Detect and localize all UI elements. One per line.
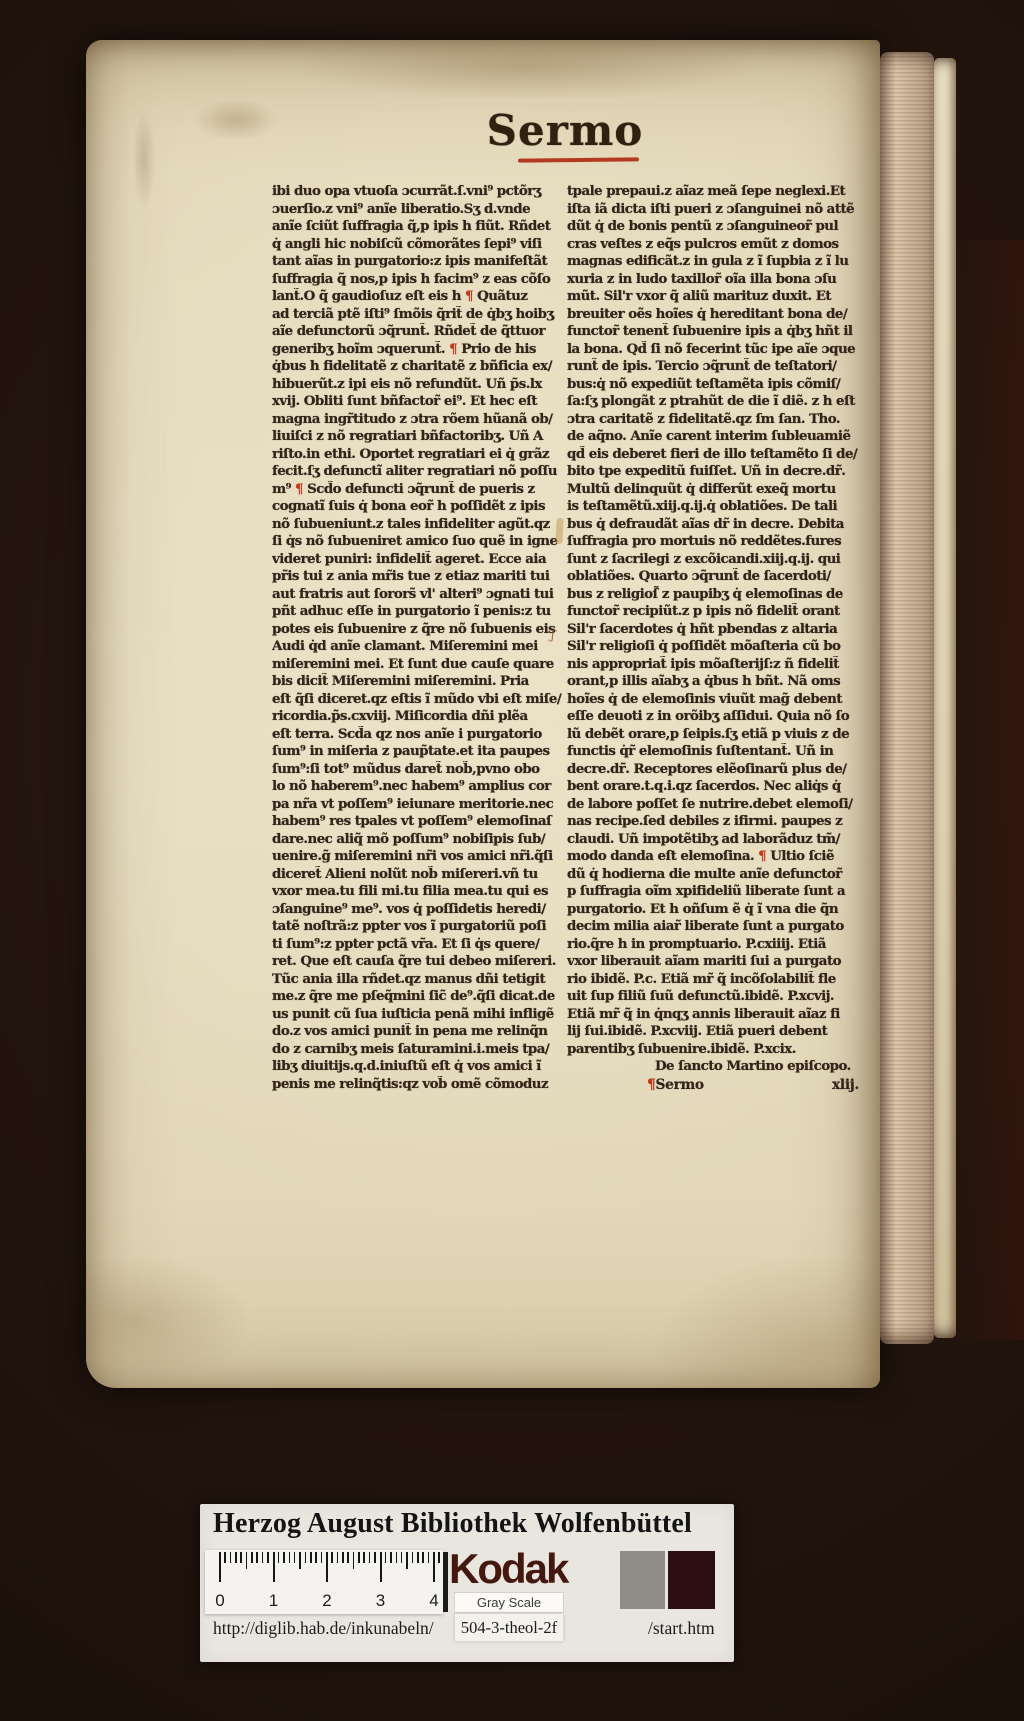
text-line: decim milia aiar̃ liberate ſunt a purgat… bbox=[567, 918, 863, 936]
text-line: is teſtamẽtũ.xiij.q.ij.q̇ oblatiões. De … bbox=[567, 498, 863, 516]
ruler-number: 4 bbox=[424, 1591, 443, 1611]
kodak-wordmark: Kodak bbox=[449, 1548, 567, 1590]
ruler-tick bbox=[331, 1552, 333, 1563]
text-line: q̇ angli hic nobiſcũ cõmorãtes ſepi⁹ viſ… bbox=[272, 236, 565, 254]
text-line: hibuerũt.z ipi eis nõ refundũt. Uñ p̃s.l… bbox=[272, 376, 565, 394]
margin-stain bbox=[555, 518, 563, 544]
text-line: ɔtra caritatẽ z fidelitatẽ.qz ſm ſan. Th… bbox=[567, 411, 863, 429]
library-label-card: Herzog August Bibliothek Wolfenbüttel 01… bbox=[200, 1504, 734, 1662]
text-line: modo danda eſt elemoſina. ¶ Ultio ſciẽ bbox=[567, 848, 863, 866]
text-line: functis q̇r̃ elemoſinis ſuſtentant̃. Uñ … bbox=[567, 743, 863, 761]
text-line: ſa:ſʒ plongãt z ptrahũt de die ĩ diẽ. z … bbox=[567, 393, 863, 411]
text-line: Sil'r ſacerdotes q̇ hñt pbendas z altari… bbox=[567, 621, 863, 639]
text-line: potes eis ſubuenire z q̃re nõ ſubuenis e… bbox=[272, 621, 565, 639]
text-line: iſta iã dicta iſti pueri z ɔſanguinei nõ… bbox=[567, 201, 863, 219]
ruler-tick bbox=[433, 1552, 435, 1582]
ruler-tick bbox=[310, 1552, 312, 1563]
ruler-tick bbox=[326, 1552, 328, 1582]
text-line: lũ debẽt orare,p ſeipis.ſʒ etiã p viuis … bbox=[567, 726, 863, 744]
text-line: magna ingr̃titudo z ɔtra rõem hũanã ob/ bbox=[272, 411, 565, 429]
text-line: pñt adhuc eſſe in purgatorio ĩ penis:z t… bbox=[272, 603, 565, 621]
text-line: ret. Que eſt cauſa q̃re tui debeo miſere… bbox=[272, 953, 565, 971]
text-line: nas recipe.ſed debiles z ifirmi. paupes … bbox=[567, 813, 863, 831]
text-line: xuria z in ludo taxillor̃ oĩa illa bona … bbox=[567, 271, 863, 289]
text-line: eſſe deuoti z in orõibʒ aſſidui. Quia nõ… bbox=[567, 708, 863, 726]
ruler-tick bbox=[278, 1552, 280, 1563]
text-line: liuiſci z nõ regratiari bñfactoribʒ. Uñ … bbox=[272, 428, 565, 446]
digitization-url-prefix: http://diglib.hab.de/inkunabeln/ bbox=[213, 1618, 434, 1639]
text-line: tatẽ noſtrã:z ppter vos ĩ purgatoriũ poſ… bbox=[272, 918, 565, 936]
text-line: Tũc ania illa rñdet.qz manus dñi tetigit bbox=[272, 971, 565, 989]
text-line: lij ſui.ibidẽ. P.xcviij. Etiã pueri debe… bbox=[567, 1023, 863, 1041]
ruler-tick bbox=[353, 1552, 355, 1569]
text-line: us punit cũ ſua iuſticia penã mihi infli… bbox=[272, 1006, 565, 1024]
text-column-left: ibi duo opa vtuoſa ɔcurrãt.ſ.vni⁹ pctõrʒ… bbox=[272, 183, 565, 1093]
digitization-url-suffix: /start.htm bbox=[648, 1618, 715, 1639]
text-line: pr̃is tui z ania mr̃is tue z etiaz marit… bbox=[272, 568, 565, 586]
running-title: Sermo bbox=[455, 106, 675, 155]
text-line: p ſuffragia oĩm xpifideliũ liberate ſunt… bbox=[567, 883, 863, 901]
text-line: libʒ diuitijs.q.d.iniuſtũ eſt q̇ vos ami… bbox=[272, 1058, 565, 1076]
ruler-tick bbox=[380, 1552, 382, 1582]
ruler: 01234 bbox=[205, 1550, 443, 1614]
ruler-tick bbox=[267, 1552, 269, 1563]
ruler-tick bbox=[315, 1552, 317, 1563]
ruler-tick bbox=[374, 1552, 376, 1563]
gray-scale-label: Gray Scale bbox=[454, 1592, 564, 1613]
text-line: de labore poſſet ſe nutrire.debet elemoſ… bbox=[567, 796, 863, 814]
text-line: pa nr̃a vt poſſem⁹ ieiunare meritorie.ne… bbox=[272, 796, 565, 814]
ruler-tick bbox=[251, 1552, 253, 1563]
text-line: Audi q̇d anĩe clamant. Miſeremini mei bbox=[272, 638, 565, 656]
ruler-number: 2 bbox=[317, 1591, 337, 1611]
text-line: ſum⁹ in miſeria z paup̃tate.et ita paupe… bbox=[272, 743, 565, 761]
text-line: Etiã mr̃ q̃ in q̇nqʒ annis liberauit aĩa… bbox=[567, 1006, 863, 1024]
text-line: ɔſanguine⁹ me⁹. vos q̇ poſſidetis heredi… bbox=[272, 901, 565, 919]
text-line: hoĩes q̇ de elemoſinis viuũt mag̃ debent bbox=[567, 691, 863, 709]
text-line: de aq̃no. Anĩe carent interim ſubleuamiẽ bbox=[567, 428, 863, 446]
text-line: ſuffragia q̃ nos,p ipis h facim⁹ z eas c… bbox=[272, 271, 565, 289]
dedication-line: De ſancto Martino epiſcopo. bbox=[567, 1058, 863, 1076]
text-line: ɔuerſio.z vni⁹ anĩe liberatio.Sʒ d.vnde bbox=[272, 201, 565, 219]
text-line: bent orare.t.q.i.qz ſacerdos. Nec aliq̇s… bbox=[567, 778, 863, 796]
ruler-tick bbox=[289, 1552, 291, 1563]
text-line: bus z religioſ̃ z paupibʒ q̇ elemoſinas … bbox=[567, 586, 863, 604]
ruler-tick bbox=[390, 1552, 392, 1563]
library-name: Herzog August Bibliothek Wolfenbüttel bbox=[213, 1508, 733, 1540]
text-line: do.z vos amici punit̃ in pena me relinq̃… bbox=[272, 1023, 565, 1041]
ruler-tick bbox=[363, 1552, 365, 1563]
text-line: vxor mea.tu fili mi.tu filia mea.tu qui … bbox=[272, 883, 565, 901]
ruler-tick bbox=[256, 1552, 258, 1563]
text-line: lo nõ haberem⁹.nec habem⁹ amplius cor bbox=[272, 778, 565, 796]
gray-scale-patch bbox=[620, 1551, 665, 1609]
text-line: orant,p illis aĩabʒ a q̇bus h bñt. Nã om… bbox=[567, 673, 863, 691]
text-line: rio.q̃re h in promptuario. P.cxiiij. Eti… bbox=[567, 936, 863, 954]
text-line: ibi duo opa vtuoſa ɔcurrãt.ſ.vni⁹ pctõrʒ bbox=[272, 183, 565, 201]
text-line: cognatĩ ſuis q̇ bona eor̃ h poſſidẽt z i… bbox=[272, 498, 565, 516]
dark-scale-patch bbox=[668, 1551, 715, 1609]
text-line: ſum⁹:ſi tot⁹ mũdus daret̃ nob̃,pvno obo bbox=[272, 761, 565, 779]
text-line: dũ q̇ hodierna die multe anĩe defunctor̃ bbox=[567, 866, 863, 884]
text-line: aut fratris aut ſorors̃ vl' alteri⁹ ɔgna… bbox=[272, 586, 565, 604]
ruler-tick bbox=[262, 1552, 264, 1563]
ruler-tick bbox=[224, 1552, 226, 1563]
text-line: q̇bus h fidelitatẽ z charitatẽ z bñficia… bbox=[272, 358, 565, 376]
ruler-tick bbox=[396, 1552, 398, 1563]
text-line: miſeremini mei. Et ſunt due cauſe quare bbox=[272, 656, 565, 674]
text-line: bis dicit̃ Miſeremini miſeremini. Pria bbox=[272, 673, 565, 691]
text-line: lant̃.O q̃ gaudioſuz eſt eis h ¶ Quãtuz bbox=[272, 288, 565, 306]
text-line: oblatiões. Quarto ɔq̃runt̃ de ſacerdoti/ bbox=[567, 568, 863, 586]
text-line: fecit.ſʒ defunctĩ aliter regratiari nõ p… bbox=[272, 463, 565, 481]
text-line: breuiter oẽs hoĩes q̇ hereditant bona de… bbox=[567, 306, 863, 324]
text-line: eſt terra. Scd̃a qz nos anĩe i purgatori… bbox=[272, 726, 565, 744]
ruler-number: 0 bbox=[210, 1591, 230, 1611]
ruler-tick bbox=[342, 1552, 344, 1563]
text-line: habem⁹ res tpales vt poſſem⁹ elemoſinaſ bbox=[272, 813, 565, 831]
ruler-tick bbox=[422, 1552, 424, 1563]
text-line: rio ibidẽ. P.c. Etiã mr̃ q̃ incõſolabili… bbox=[567, 971, 863, 989]
book-cradle-background: Sermo ibi duo opa vtuoſa ɔcurrãt.ſ.vni⁹ … bbox=[0, 0, 1024, 1721]
text-line: ſi q̇s nõ ſubueniret amico ſuo quẽ in ig… bbox=[272, 533, 565, 551]
text-line: decre.dr̃. Receptores elẽoſinarũ plus de… bbox=[567, 761, 863, 779]
ruler-tick bbox=[219, 1552, 221, 1582]
ruler-tick bbox=[294, 1552, 296, 1563]
text-line: me.z q̃re me pſeq̃mini ſic̃ de⁹.q̃ſi dic… bbox=[272, 988, 565, 1006]
text-line: vxor liberauit aĩam mariti ſui a purgato bbox=[567, 953, 863, 971]
text-line: eſt q̃ſi diceret.qz eſtis ĩ mũdo vbi eſt… bbox=[272, 691, 565, 709]
text-line: nõ ſubueniunt.z tales infideliter agũt.q… bbox=[272, 516, 565, 534]
ruler-tick bbox=[235, 1552, 237, 1563]
text-line: claudi. Uñ impotẽtibʒ ad laborãduz tm̃/ bbox=[567, 831, 863, 849]
sermo-number: xlij. bbox=[832, 1076, 863, 1094]
ruler-number: 3 bbox=[371, 1591, 391, 1611]
ruler-tick bbox=[305, 1552, 307, 1563]
ruler-tick bbox=[321, 1552, 323, 1563]
cradle-shading bbox=[954, 240, 1024, 1340]
text-line: mũt. Sil'r vxor q̃ aliũ marituz duxit. E… bbox=[567, 288, 863, 306]
text-line: m⁹ ¶ Scd̃o defuncti ɔq̃runt̃ de pueris z bbox=[272, 481, 565, 499]
text-line: purgatorio. Et h oñſum ẽ q̇ ĩ vna die q̃… bbox=[567, 901, 863, 919]
text-line: generibʒ hoĩm ɔquerunt̃. ¶ Prio de his bbox=[272, 341, 565, 359]
text-line: uit ſup filiũ ſuũ defunctũ.ibidẽ. P.xcvi… bbox=[567, 988, 863, 1006]
text-line: functor̃ recipiũt.z p ipis nõ fidelit̃ o… bbox=[567, 603, 863, 621]
ruler-tick bbox=[406, 1552, 408, 1569]
text-line: diceret̃ Alieni nolũt nob̃ miſereri.vñ t… bbox=[272, 866, 565, 884]
text-line: qd̃ eis deberet fieri de illo teſtamẽto … bbox=[567, 446, 863, 464]
ruler-tick bbox=[401, 1552, 403, 1563]
ruler-tick bbox=[358, 1552, 360, 1563]
text-line: runt̃ de ipis. Tercio ɔq̃runt̃ de teſtat… bbox=[567, 358, 863, 376]
text-line: videret puniri: infidelit̃ ageret. Ecce … bbox=[272, 551, 565, 569]
text-line: uenire.g̃ miſeremini nr̃i vos amici nr̃i… bbox=[272, 848, 565, 866]
ruler-tick bbox=[417, 1552, 419, 1563]
text-line: anĩe ſciũt ſuffragia q̃,p ipis h fiũt. R… bbox=[272, 218, 565, 236]
ruler-tick bbox=[230, 1552, 232, 1563]
text-line: bito tpe expeditũ fuiſſet. Uñ in decre.d… bbox=[567, 463, 863, 481]
text-line: ricordia.p̃s.cxviij. Miſicordia dñi plẽa bbox=[272, 708, 565, 726]
book-fore-edge-pages bbox=[880, 52, 934, 1344]
ruler-number: 1 bbox=[264, 1591, 284, 1611]
ruler-tick bbox=[273, 1552, 275, 1582]
text-line: functor̃ tenent̃ ſubuenire ipis a q̇bʒ h… bbox=[567, 323, 863, 341]
text-line: bus q̇ defraudãt aĩas dr̃ in decre. Debi… bbox=[567, 516, 863, 534]
text-line: la bona. Qd̃ ſi nõ fecerint tũc ipe aĩe … bbox=[567, 341, 863, 359]
text-line: dare.nec aliq̃ mõ poſſum⁹ nobiſipis ſub/ bbox=[272, 831, 565, 849]
text-line: penis me relinq̃tis:qz vob̃ omẽ cõmoduz bbox=[272, 1076, 565, 1094]
facing-page-edge bbox=[934, 58, 956, 1338]
sermo-catchword-line: ¶ Sermo xlij. bbox=[567, 1076, 863, 1094]
ruler-tick bbox=[283, 1552, 285, 1563]
text-line: ſuffragia pro mortuis nõ reddẽtes.fures bbox=[567, 533, 863, 551]
text-line: ſunt z ſacrilegi z excõicandi.xiij.q.ij.… bbox=[567, 551, 863, 569]
text-line: ad terciã ptẽ iſti⁹ ſmõis q̃rit̃ de q̇bʒ… bbox=[272, 306, 565, 324]
text-line: do z carnibʒ meis ſaturamini.i.meis tpa/ bbox=[272, 1041, 565, 1059]
text-line: tpale prepaui.z aĩaz meã ſepe neglexi.Et bbox=[567, 183, 863, 201]
text-line: tant aĩas in purgatorio:z ipis manifeſtã… bbox=[272, 253, 565, 271]
ruler-tick bbox=[246, 1552, 248, 1569]
ruler-tick bbox=[385, 1552, 387, 1563]
ruler-tick bbox=[412, 1552, 414, 1563]
ruler-tick bbox=[299, 1552, 301, 1569]
text-line: Multũ delinquũt q̇ differũt exeq̃ mortu bbox=[567, 481, 863, 499]
text-line: parentibʒ ſubuenire.ibidẽ. P.xcix. bbox=[567, 1041, 863, 1059]
ruler-tick bbox=[337, 1552, 339, 1563]
text-line: riſto.in ethi. Oportet regratiari ei q̇ … bbox=[272, 446, 565, 464]
text-column-right: tpale prepaui.z aĩaz meã ſepe neglexi.Et… bbox=[567, 183, 863, 1058]
ruler-tick bbox=[347, 1552, 349, 1563]
text-line: cras veſtes z eq̃s pulcros emũt z domos bbox=[567, 236, 863, 254]
text-line: nis appropriat̃ ipis mõaſterijſ:z ñ fide… bbox=[567, 656, 863, 674]
ruler-tick bbox=[428, 1552, 430, 1563]
text-line: xvij. Obliti ſunt bñfactor̃ ei⁹. Et hec … bbox=[272, 393, 565, 411]
ruler-tick bbox=[438, 1552, 440, 1563]
ruler-tick bbox=[240, 1552, 242, 1563]
text-line: dũt q̇ de bonis pentũ z ɔſanguineor̃ pul bbox=[567, 218, 863, 236]
ruler-end-bar bbox=[443, 1552, 448, 1612]
text-line: bus:q̇ nõ expediũt teſtamẽta ipis cõmiſ/ bbox=[567, 376, 863, 394]
ruler-tick bbox=[369, 1552, 371, 1563]
sermo-word: Sermo bbox=[655, 1076, 703, 1094]
text-line: aĩe defunctorũ ɔq̃runt̃. Rñdet̃ de q̃ttu… bbox=[272, 323, 565, 341]
shelfmark: 504-3-theol-2f bbox=[455, 1614, 563, 1641]
text-line: Sil'r religioſi q̇ poſſidẽt mõaſteria cũ… bbox=[567, 638, 863, 656]
text-line: ti ſum⁹:z ppter pctã vr̃a. Et ſi q̇s que… bbox=[272, 936, 565, 954]
text-line: magnas edificãt.z in gula z ĩ ſupbia z ĩ… bbox=[567, 253, 863, 271]
